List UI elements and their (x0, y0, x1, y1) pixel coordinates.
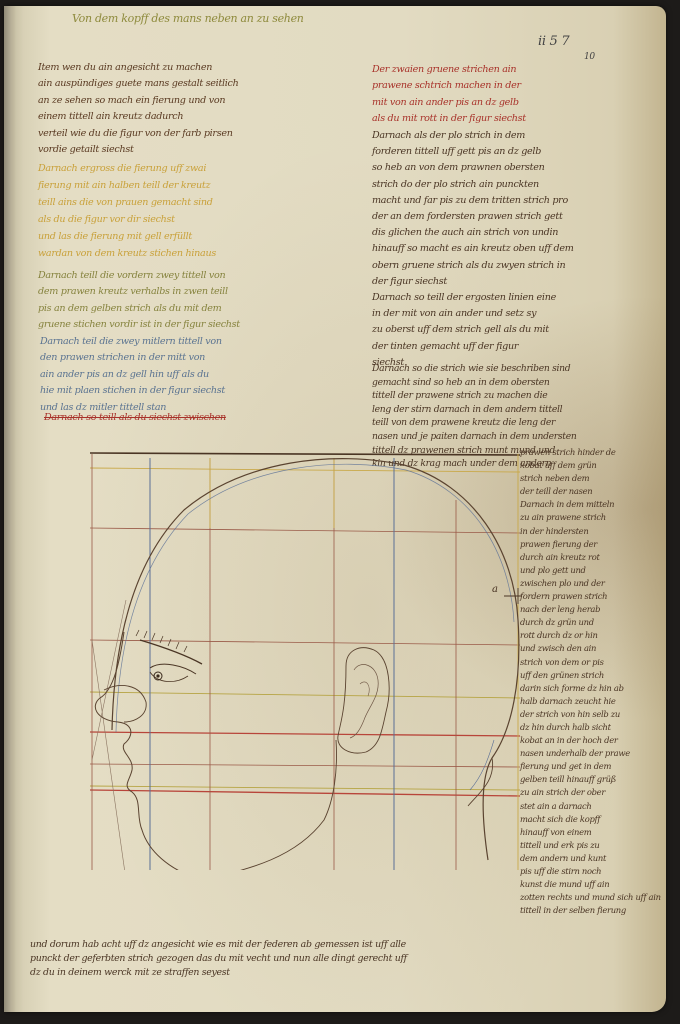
head-drawing-svg (84, 440, 522, 870)
text-line: kunst die mund uff ain (520, 878, 661, 891)
text-line: an ze sehen so mach ein fierung und von (38, 93, 239, 109)
right-brown-paragraph-1: Darnach als der plo strich in dem forder… (372, 128, 574, 290)
text-line: hinauff so macht es ain kreutz oben uff … (372, 241, 574, 257)
right-brown-paragraph-2: Darnach so teill der ergosten linien ein… (372, 290, 556, 371)
folio-number: ii 5 7 (538, 34, 569, 49)
text-line: so heb an von dem prawnen obersten (372, 160, 574, 176)
text-line: Der zwaien gruene strichen ain (372, 62, 526, 78)
text-line: Darnach so teill als du siechst zwischen (44, 410, 226, 426)
left-brown-paragraph: Item wen du ain angesicht zu machen ain … (38, 60, 239, 158)
text-line: zu ain strich der ober (520, 786, 661, 799)
text-line: Darnach so die strich wie sie beschriben… (372, 362, 576, 376)
text-line: prawen strich hinder de (520, 446, 661, 459)
text-line: fordern prawen strich (520, 590, 661, 603)
text-line: mit von ain ander pis an dz gelb (372, 95, 526, 111)
text-line: als du die figur vor dir siechst (38, 211, 216, 228)
text-line: zu oberst uff dem strich gell als du mit (372, 322, 556, 338)
text-line: durch ain kreutz rot (520, 551, 661, 564)
text-line: tittell der prawene strich zu machen die (372, 389, 576, 403)
text-line: vordie getailt siechst (38, 142, 239, 158)
text-line: und las die fierung mit gell erfüllt (38, 228, 216, 245)
text-line: leng der stirn darnach in dem andern tit… (372, 403, 576, 417)
binding-gutter (4, 6, 16, 1012)
text-line: Darnach ergross die fierung uff zwai (38, 160, 216, 177)
text-line: zotten rechts und mund sich uff ain (520, 891, 661, 904)
text-line: pis uff die stirn noch (520, 865, 661, 878)
text-line: strich neben dem (520, 472, 661, 485)
left-red-line: Darnach so teill als du siechst zwischen (44, 410, 226, 426)
text-line: ain ander pis an dz gell hin uff als du (40, 367, 225, 383)
text-line: und plo gett und (520, 564, 661, 577)
text-line: prawene schtrich machen in der (372, 78, 526, 94)
text-line: Darnach in dem mitteln (520, 498, 661, 511)
right-margin-text: prawen strich hinder de kobat uff dem gr… (520, 446, 661, 917)
text-line: tittell und erk pis zu (520, 839, 661, 852)
text-line: der teill der nasen (520, 485, 661, 498)
text-line: dz du in deinem werck mit ze straffen se… (30, 966, 407, 980)
text-line: macht und far pis zu dem tritten strich … (372, 193, 574, 209)
text-line: teill ains die von prauen gemacht sind (38, 194, 216, 211)
text-line: teill von dem prawene kreutz die leng de… (372, 416, 576, 430)
left-olive-paragraph: Darnach teill die vordern zwey tittell v… (38, 268, 240, 334)
figure-marker-a: a (492, 584, 498, 595)
text-line: pis an dem gelben strich als du mit dem (38, 301, 240, 317)
text-line: forderen tittell uff gett pis an dz gelb (372, 144, 574, 160)
text-line: stet ain a darnach (520, 800, 661, 813)
text-line: Item wen du ain angesicht zu machen (38, 60, 239, 76)
text-line: fierung und get in dem (520, 760, 661, 773)
text-line: zwischen plo und der (520, 577, 661, 590)
text-line: durch dz grün und (520, 616, 661, 629)
left-blue-paragraph: Darnach teil die zwey mitlern tittell vo… (40, 334, 225, 416)
text-line: fierung mit ain halben teill der kreutz (38, 177, 216, 194)
text-line: der tinten gemacht uff der figur (372, 339, 556, 355)
left-ochre-paragraph: Darnach ergross die fierung uff zwai fie… (38, 160, 216, 262)
text-line: Darnach teill die vordern zwey tittell v… (38, 268, 240, 284)
text-line: zu ain prawene strich (520, 511, 661, 524)
page-title: Von dem kopff des mans neben an zu sehen (72, 12, 304, 25)
text-line: und zwisch den ain (520, 642, 661, 655)
text-line: gemacht sind so heb an in dem obersten (372, 376, 576, 390)
text-line: dz hin durch halb sicht (520, 721, 661, 734)
text-line: Darnach so teill der ergosten linien ein… (372, 290, 556, 306)
text-line: verteil wie du die figur von der farb pi… (38, 126, 239, 142)
head-proportion-figure: a (84, 440, 522, 870)
text-line: einem tittell ain kreutz dadurch (38, 109, 239, 125)
text-line: in der hindersten (520, 525, 661, 538)
text-line: den prawen strichen in der mitt von (40, 350, 225, 366)
text-line: strich do der plo strich ain punckten (372, 177, 574, 193)
text-line: dis glichen the auch ain strich von undi… (372, 225, 574, 241)
text-line: halb darnach zeucht hie (520, 695, 661, 708)
text-line: der an dem fordersten prawen strich gett (372, 209, 574, 225)
text-line: der strich von hin selb zu (520, 708, 661, 721)
text-line: punckt der geferbten strich gezogen das … (30, 952, 407, 966)
text-line: dem prawen kreutz verhalbs in zwen teill (38, 284, 240, 300)
text-line: nach der leng herab (520, 603, 661, 616)
text-line: rott durch dz or hin (520, 629, 661, 642)
text-line: obern gruene strich als du zwyen strich … (372, 258, 574, 274)
text-line: gruene stichen vordir ist in der figur s… (38, 317, 240, 333)
text-line: Darnach als der plo strich in dem (372, 128, 574, 144)
text-line: hie mit plaen stichen in der figur siech… (40, 383, 225, 399)
text-line: uff den grünen strich (520, 669, 661, 682)
text-line: dem andern und kunt (520, 852, 661, 865)
text-line: strich von dem or pis (520, 656, 661, 669)
text-line: und dorum hab acht uff dz angesicht wie … (30, 938, 407, 952)
text-line: als du mit rott in der figur siechst (372, 111, 526, 127)
text-line: prawen fierung der (520, 538, 661, 551)
text-line: ain auspündiges guete mans gestalt seitl… (38, 76, 239, 92)
right-red-paragraph: Der zwaien gruene strichen ain prawene s… (372, 62, 526, 128)
text-line: tittell in der selben fierung (520, 904, 661, 917)
text-line: kobat uff dem grün (520, 459, 661, 472)
text-line: wardan von dem kreutz stichen hinaus (38, 245, 216, 262)
text-line: kobat an in der hoch der (520, 734, 661, 747)
text-line: Darnach teil die zwey mitlern tittell vo… (40, 334, 225, 350)
text-line: darin sich forme dz hin ab (520, 682, 661, 695)
text-line: hinauff von einem (520, 826, 661, 839)
footer-paragraph: und dorum hab acht uff dz angesicht wie … (30, 938, 407, 980)
text-line: nasen underhalb der prawe (520, 747, 661, 760)
folio-sub-number: 10 (584, 52, 595, 62)
text-line: macht sich die kopff (520, 813, 661, 826)
text-line: gelben teill hinauff grüß (520, 773, 661, 786)
text-line: in der mit von ain ander und setz sy (372, 306, 556, 322)
text-line: der figur siechst (372, 274, 574, 290)
